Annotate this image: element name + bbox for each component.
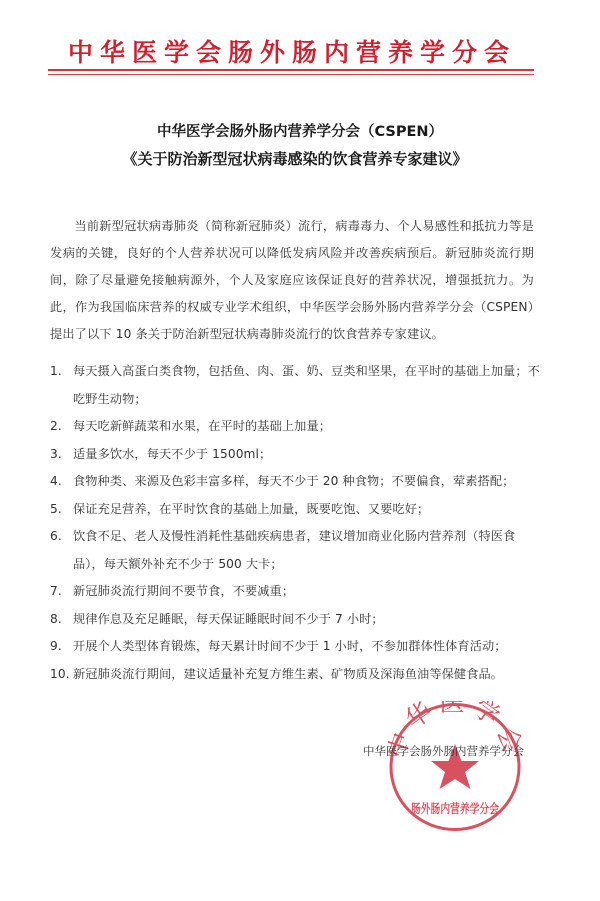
list-item: 2. 每天吃新鲜蔬菜和水果，在平时的基础上加量； <box>50 413 540 441</box>
list-item-number: 4. <box>50 468 72 496</box>
list-item: 6. 饮食不足、老人及慢性消耗性基础疾病患者，建议增加商业化肠内营养剂（特医食品… <box>50 523 540 578</box>
intro-paragraph: 当前新型冠状病毒肺炎（简称新冠肺炎）流行，病毒毒力、个人易感性和抵抗力等是发病的… <box>50 213 534 348</box>
list-item-text: 开展个人类型体育锻炼，每天累计时间不少于 1 小时，不参加群体性体育活动； <box>73 639 507 653</box>
list-item-text: 保证充足营养，在平时饮食的基础上加量，既要吃饱、又要吃好； <box>73 502 429 516</box>
seal-bottom-text: 肠外肠内营养学分会 <box>411 801 499 816</box>
list-item: 3. 适量多饮水，每天不少于 1500ml； <box>50 441 540 469</box>
letterhead-divider-thin <box>48 74 534 75</box>
recommendations-list: 1. 每天摄入高蛋白类食物，包括鱼、肉、蛋、奶、豆类和坚果，在平时的基础上加量；… <box>50 358 540 688</box>
list-item-text: 新冠肺炎流行期间，建议适量补充复方维生素、矿物质及深海鱼油等保健食品。 <box>73 667 503 681</box>
list-item-number: 9. <box>50 633 72 661</box>
list-item-text: 规律作息及充足睡眠，每天保证睡眠时间不少于 7 小时； <box>73 612 384 626</box>
list-item-number: 6. <box>50 523 72 551</box>
list-item-text: 饮食不足、老人及慢性消耗性基础疾病患者，建议增加商业化肠内营养剂（特医食品），每… <box>73 529 515 571</box>
list-item: 8. 规律作息及充足睡眠，每天保证睡眠时间不少于 7 小时； <box>50 606 540 634</box>
list-item: 7. 新冠肺炎流行期间不要节食，不要减重； <box>50 578 540 606</box>
list-item-text: 每天摄入高蛋白类食物，包括鱼、肉、蛋、奶、豆类和坚果，在平时的基础上加量；不吃野… <box>73 364 540 406</box>
list-item-number: 7. <box>50 578 72 606</box>
document-title: 《关于防治新型冠状病毒感染的饮食营养专家建议》 <box>0 148 590 169</box>
list-item: 4. 食物种类、来源及色彩丰富多样，每天不少于 20 种食物；不要偏食，荤素搭配… <box>50 468 540 496</box>
list-item-number: 5. <box>50 496 72 524</box>
official-seal: 中华医学会 肠外肠内营养学分会 <box>388 701 522 833</box>
signature-organization: 中华医学会肠外肠内营养学分会 <box>363 743 524 759</box>
list-item-text: 每天吃新鲜蔬菜和水果，在平时的基础上加量； <box>73 419 331 433</box>
letterhead-divider-thick <box>48 69 534 71</box>
list-item: 10. 新冠肺炎流行期间，建议适量补充复方维生素、矿物质及深海鱼油等保健食品。 <box>50 661 540 689</box>
list-item-text: 新冠肺炎流行期间不要节食，不要减重； <box>73 584 294 598</box>
list-item-number: 3. <box>50 441 72 469</box>
list-item-number: 8. <box>50 606 72 634</box>
list-item-number: 10. <box>50 661 72 689</box>
list-item-text: 食物种类、来源及色彩丰富多样，每天不少于 20 种食物；不要偏食，荤素搭配； <box>73 474 514 488</box>
list-item: 5. 保证充足营养，在平时饮食的基础上加量，既要吃饱、又要吃好； <box>50 496 540 524</box>
list-item: 1. 每天摄入高蛋白类食物，包括鱼、肉、蛋、奶、豆类和坚果，在平时的基础上加量；… <box>50 358 540 413</box>
document-title-organization: 中华医学会肠外肠内营养学分会（CSPEN） <box>0 120 600 141</box>
list-item-text: 适量多饮水，每天不少于 1500ml； <box>73 447 271 461</box>
letterhead-organization-name: 中华医学会肠外肠内营养学分会 <box>62 33 522 69</box>
list-item-number: 2. <box>50 413 72 441</box>
list-item-number: 1. <box>50 358 72 386</box>
list-item: 9. 开展个人类型体育锻炼，每天累计时间不少于 1 小时，不参加群体性体育活动； <box>50 633 540 661</box>
